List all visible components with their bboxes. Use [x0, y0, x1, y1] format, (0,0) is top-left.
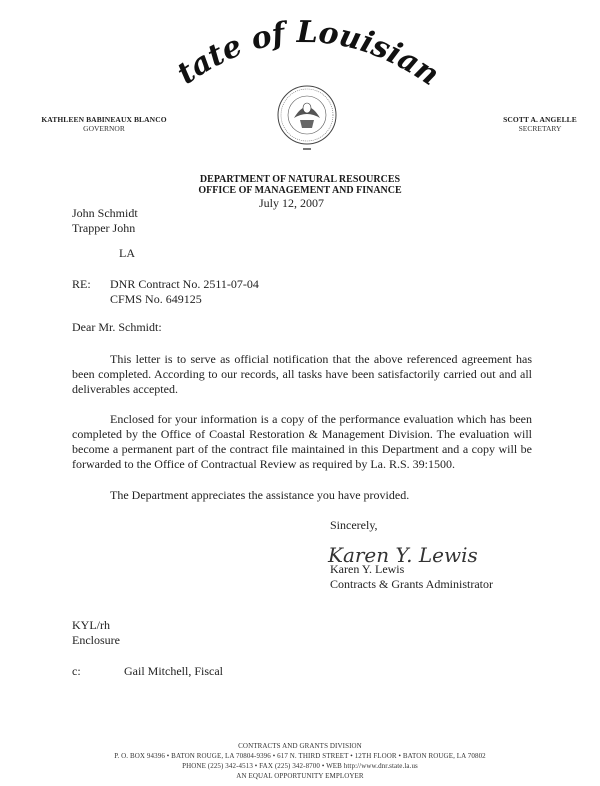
letter-footer: CONTRACTS AND GRANTS DIVISION P. O. BOX … — [0, 741, 600, 781]
recipient-state: LA — [72, 246, 138, 261]
state-seal-icon — [276, 82, 338, 152]
svg-text:State of Louisiana: State of Louisiana — [170, 8, 440, 93]
signer-name: Karen Y. Lewis — [330, 562, 493, 577]
office-name: OFFICE OF MANAGEMENT AND FINANCE — [150, 185, 450, 196]
reference-initials: KYL/rh Enclosure — [72, 618, 120, 648]
signer-block: Karen Y. Lewis Contracts & Grants Admini… — [330, 562, 493, 592]
department-name: DEPARTMENT OF NATURAL RESOURCES — [150, 174, 450, 185]
footer-division: CONTRACTS AND GRANTS DIVISION — [0, 741, 600, 751]
signer-title: Contracts & Grants Administrator — [330, 577, 493, 592]
closing: Sincerely, — [330, 518, 378, 533]
contract-number: DNR Contract No. 2511-07-04 — [110, 277, 259, 291]
footer-eeo: AN EQUAL OPPORTUNITY EMPLOYER — [0, 771, 600, 781]
letter-date: July 12, 2007 — [259, 196, 324, 211]
governor-title: GOVERNOR — [34, 124, 174, 133]
secretary-name: SCOTT A. ANGELLE — [490, 115, 590, 124]
carbon-copy: c:Gail Mitchell, Fiscal — [72, 664, 223, 679]
cc-label: c: — [72, 664, 124, 679]
reference-block: RE:DNR Contract No. 2511-07-04 CFMS No. … — [72, 277, 259, 307]
enclosure-note: Enclosure — [72, 633, 120, 648]
secretary-block: SCOTT A. ANGELLE SECRETARY — [490, 115, 590, 133]
footer-contact: PHONE (225) 342-4513 • FAX (225) 342-870… — [0, 761, 600, 771]
recipient-company: Trapper John — [72, 221, 138, 236]
salutation: Dear Mr. Schmidt: — [72, 320, 162, 335]
cfms-number: CFMS No. 649125 — [72, 292, 259, 307]
secretary-title: SECRETARY — [490, 124, 590, 133]
recipient-address: John Schmidt Trapper John LA — [72, 206, 138, 261]
paragraph-notification: This letter is to serve as official noti… — [72, 352, 532, 397]
governor-block: KATHLEEN BABINEAUX BLANCO GOVERNOR — [34, 115, 174, 133]
cc-recipient: Gail Mitchell, Fiscal — [124, 664, 223, 678]
reference-label: RE: — [72, 277, 110, 292]
paragraph-enclosure: Enclosed for your information is a copy … — [72, 412, 532, 472]
department-heading: DEPARTMENT OF NATURAL RESOURCES OFFICE O… — [150, 174, 450, 196]
footer-address: P. O. BOX 94396 • BATON ROUGE, LA 70804-… — [0, 751, 600, 761]
typist-initials: KYL/rh — [72, 618, 120, 633]
paragraph-appreciation: The Department appreciates the assistanc… — [72, 488, 532, 503]
recipient-name: John Schmidt — [72, 206, 138, 221]
governor-name: KATHLEEN BABINEAUX BLANCO — [34, 115, 174, 124]
